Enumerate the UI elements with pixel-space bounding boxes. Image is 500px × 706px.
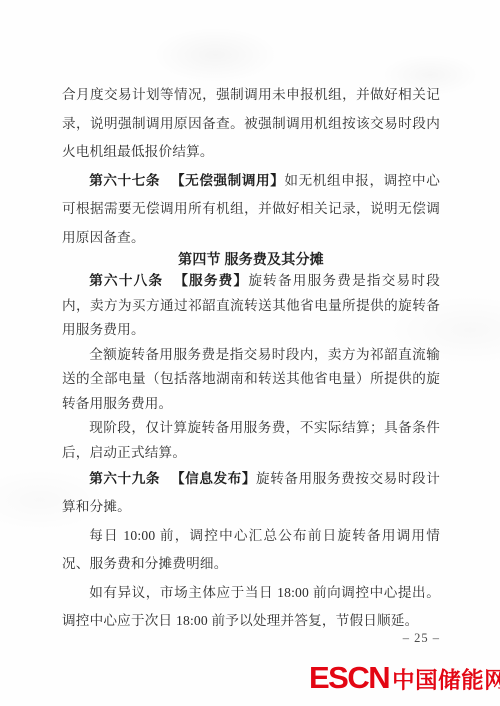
paragraph-text: 每日 10:00 前，调控中心汇总公布前日旋转备用调用情况、服务费和分摊费明细。 xyxy=(62,528,440,571)
escn-logo-latin-text: ESCN xyxy=(309,660,389,696)
escn-logo-cjk-text: 中国储能网 xyxy=(392,663,500,695)
paragraph: 全额旋转备用服务费是指交易时段内，卖方为祁韶直流输送的全部电量（包括落地湖南和转… xyxy=(62,343,440,417)
article-number: 第六十七条 xyxy=(89,173,160,188)
paragraph: 每日 10:00 前，调控中心汇总公布前日旋转备用调用情况、服务费和分摊费明细。 xyxy=(62,522,440,579)
article-term: 【信息发布】 xyxy=(171,471,256,486)
document-body: 合月度交易计划等情况，强制调用未申报机组，并做好相关记录，说明强制调用原因备查。… xyxy=(62,81,440,635)
paragraph-text: 现阶段，仅计算旋转备用服务费，不实际结算；具备条件后，启动正式结算。 xyxy=(62,420,440,460)
article-term: 【服务费】 xyxy=(174,273,248,288)
article-term: 【无偿强制调用】 xyxy=(171,173,284,188)
document-page: 合月度交易计划等情况，强制调用未申报机组，并做好相关记录，说明强制调用原因备查。… xyxy=(0,0,500,706)
paragraph-text: 合月度交易计划等情况，强制调用未申报机组，并做好相关记录，说明强制调用原因备查。… xyxy=(62,87,440,159)
paragraph: 如有异议，市场主体应于当日 18:00 前向调控中心提出。调控中心应于次日 18… xyxy=(62,579,440,636)
paragraph: 现阶段，仅计算旋转备用服务费，不实际结算；具备条件后，启动正式结算。 xyxy=(62,416,440,465)
article-number: 第六十八条 xyxy=(89,273,163,288)
escn-watermark-logo: ESCN 中国储能网 xyxy=(309,660,500,696)
paragraph: 第六十九条【信息发布】旋转备用服务费按交易时段计算和分摊。 xyxy=(62,465,440,522)
page-number: – 25 – xyxy=(62,631,440,646)
section-heading: 第四节 服务费及其分摊 xyxy=(62,252,440,269)
paragraph-text: 如有异议，市场主体应于当日 18:00 前向调控中心提出。调控中心应于次日 18… xyxy=(62,585,440,628)
paragraph: 第六十七条【无偿强制调用】如无机组申报，调控中心可根据需要无偿调用所有机组，并做… xyxy=(62,167,440,253)
paragraph-text: 全额旋转备用服务费是指交易时段内，卖方为祁韶直流输送的全部电量（包括落地湖南和转… xyxy=(62,347,440,411)
article-number: 第六十九条 xyxy=(89,471,160,486)
paragraph: 合月度交易计划等情况，强制调用未申报机组，并做好相关记录，说明强制调用原因备查。… xyxy=(62,81,440,167)
paragraph: 第六十八条【服务费】旋转备用服务费是指交易时段内，卖方为买方通过祁韶直流转送其他… xyxy=(62,269,440,343)
